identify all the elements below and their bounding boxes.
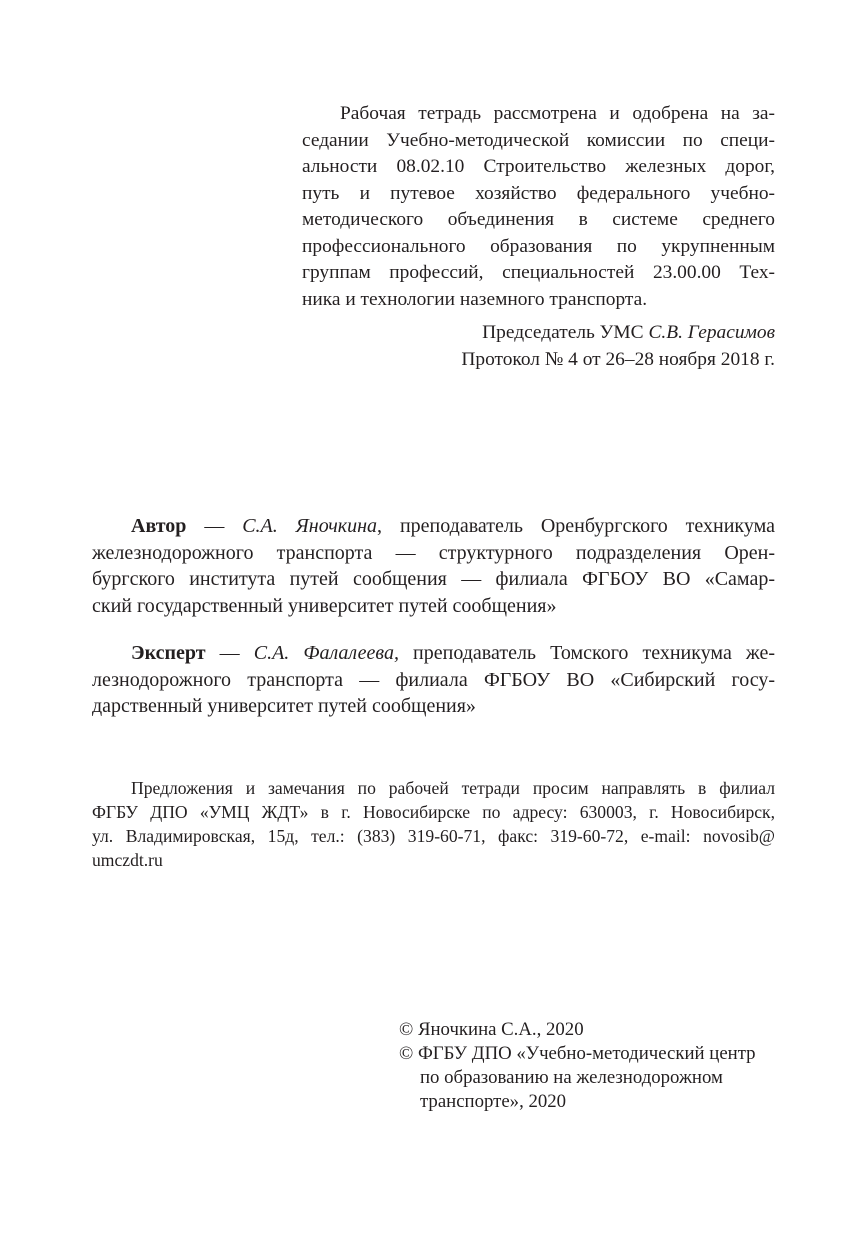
expert-line: лезнодорожного транспорта — филиала ФГБО… [92,667,775,694]
approval-line: группам профессий, специальностей 23.00.… [302,260,775,287]
chair-name: С.В. Герасимов [648,322,775,343]
approval-line: профессионального образования по укрупне… [302,234,775,261]
suggestions-paragraph: ФГБУ ДПО «УМЦ ЖДТ» в г. Новосибирске по … [92,800,775,872]
author-continuation: железнодорожного транспорта — структурно… [92,540,775,620]
approval-line: путь и путевое хозяйство федерального уч… [302,181,775,208]
author-line: ский государственный университет путей с… [92,593,775,620]
author-line: железнодорожного транспорта — структурно… [92,540,775,567]
approval-line: методического объединения в системе сред… [302,207,775,234]
author-role: Автор [131,515,186,537]
chair-line: Председатель УМС С.В. Герасимов [302,320,775,347]
author-name: С.А. Яночкина [242,515,377,537]
expert-line: Эксперт — С.А. Фалалеева, преподаватель … [131,640,775,667]
suggestions-line: Предложения и замечания по рабочей тетра… [131,776,775,800]
expert-name: С.А. Фалалеева, [254,642,399,664]
suggestions-line: ФГБУ ДПО «УМЦ ЖДТ» в г. Новосибирске по … [92,800,775,824]
copyright-publisher-cont: по образованию на железнодорожном [399,1066,779,1090]
author-line-rest: , преподаватель Оренбургского техникума [377,515,775,537]
approval-line: Рабочая тетрадь рассмотрена и одобрена н… [302,101,775,128]
author-paragraph: Автор — С.А. Яночкина, преподаватель Оре… [131,513,775,540]
approval-line: седании Учебно-методической комиссии по … [302,128,775,155]
expert-role: Эксперт [131,642,206,664]
expert-continuation: лезнодорожного транспорта — филиала ФГБО… [92,667,775,720]
author-line: Автор — С.А. Яночкина, преподаватель Оре… [131,513,775,540]
dash: — [186,515,242,537]
copyright-publisher-cont: транспорте», 2020 [399,1090,779,1114]
suggestions-first-line: Предложения и замечания по рабочей тетра… [131,776,775,800]
protocol-line: Протокол № 4 от 26–28 ноября 2018 г. [302,347,775,374]
expert-line: дарственный университет путей сообщения» [92,693,775,720]
suggestions-line: ул. Владимировская, 15д, тел.: (383) 319… [92,824,775,848]
approval-paragraph: Рабочая тетрадь рассмотрена и одобрена н… [302,101,775,313]
dash: — [206,642,254,664]
approval-line: ника и технологии наземного транспорта. [302,287,775,314]
approval-line: альности 08.02.10 Строительство железных… [302,154,775,181]
expert-line-rest: преподаватель Томского техникума же- [399,642,775,664]
suggestions-email-domain: umczdt.ru [92,848,775,872]
copyright-publisher: © ФГБУ ДПО «Учебно-методический центр [399,1042,779,1066]
copyright-author: © Яночкина С.А., 2020 [399,1018,779,1042]
chair-label: Председатель УМС [482,322,648,343]
expert-paragraph: Эксперт — С.А. Фалалеева, преподаватель … [131,640,775,667]
approval-signature: Председатель УМС С.В. Герасимов Протокол… [302,320,775,373]
author-line: бургского института путей сообщения — фи… [92,566,775,593]
copyright-block: © Яночкина С.А., 2020 © ФГБУ ДПО «Учебно… [399,1018,779,1114]
